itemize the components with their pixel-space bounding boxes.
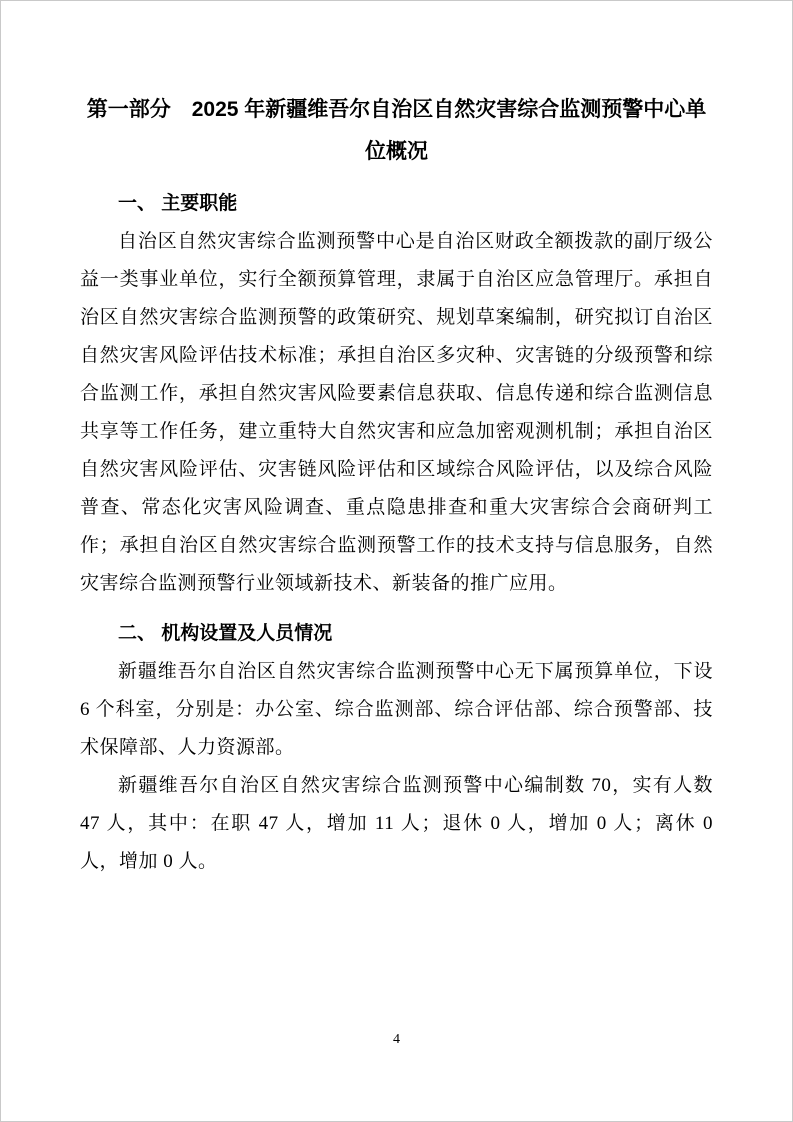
page-number: 4 xyxy=(1,1031,792,1049)
section-1-heading: 一、 主要职能 xyxy=(80,185,713,223)
document-title: 第一部分 2025 年新疆维吾尔自治区自然灾害综合监测预警中心单位概况 xyxy=(80,89,713,173)
section-2-heading: 二、 机构设置及人员情况 xyxy=(80,615,713,653)
section-2-paragraph-1: 新疆维吾尔自治区自然灾害综合监测预警中心无下属预算单位，下设 6 个科室，分别是… xyxy=(80,653,713,767)
section-organization-staffing: 二、 机构设置及人员情况 新疆维吾尔自治区自然灾害综合监测预警中心无下属预算单位… xyxy=(80,615,713,881)
document-content: 第一部分 2025 年新疆维吾尔自治区自然灾害综合监测预警中心单位概况 一、 主… xyxy=(1,1,792,881)
section-1-paragraph-1: 自治区自然灾害综合监测预警中心是自治区财政全额拨款的副厅级公益一类事业单位，实行… xyxy=(80,223,713,603)
section-2-paragraph-2: 新疆维吾尔自治区自然灾害综合监测预警中心编制数 70，实有人数 47 人，其中：… xyxy=(80,767,713,881)
section-main-functions: 一、 主要职能 自治区自然灾害综合监测预警中心是自治区财政全额拨款的副厅级公益一… xyxy=(80,185,713,603)
document-page: 第一部分 2025 年新疆维吾尔自治区自然灾害综合监测预警中心单位概况 一、 主… xyxy=(0,0,793,1122)
